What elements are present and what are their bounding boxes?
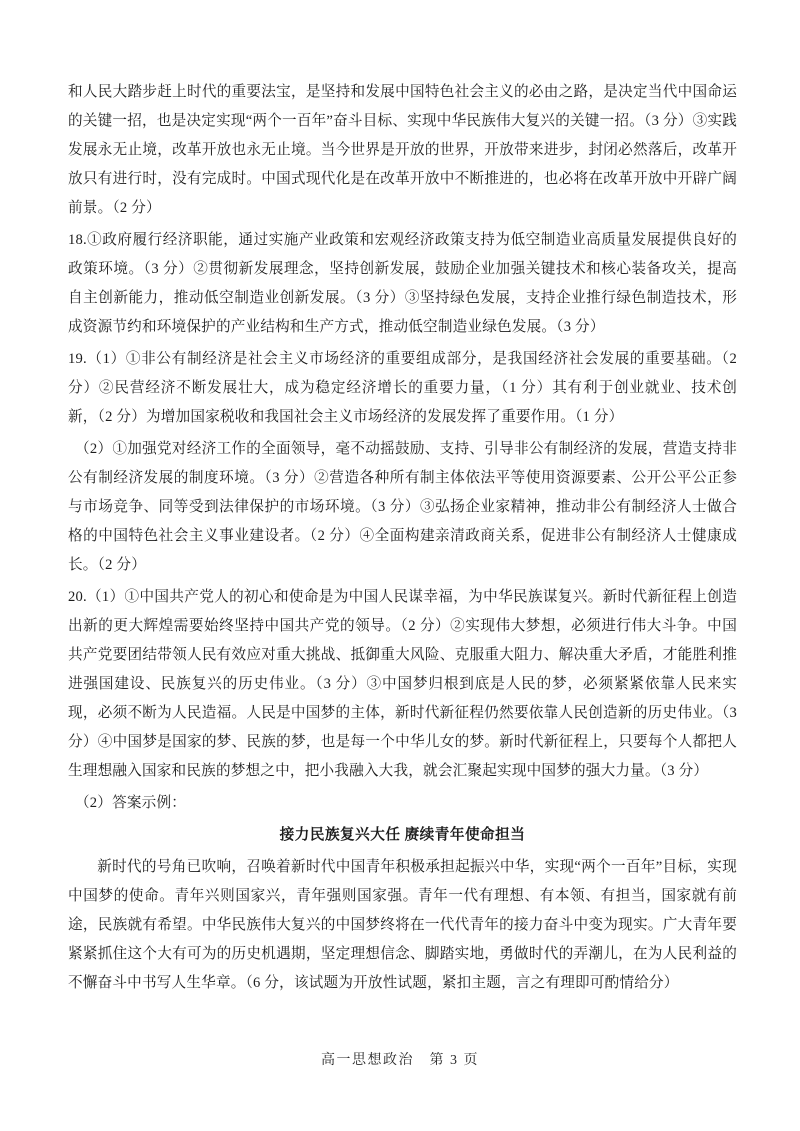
essay-body: 新时代的号角已吹响，召唤着新时代中国青年积极承担起振兴中华，实现“两个一百年”目… [68,853,737,998]
answer-text-block: 和人民大踏步赶上时代的重要法宝，是坚持和发展中国特色社会主义的必由之路，是决定当… [68,78,737,998]
answer-q19-part2: （2）①加强党对经济工作的全面领导，毫不动摇鼓励、支持、引导非公有制经济的发展，… [68,435,737,580]
page-footer: 高一思想政治 第 3 页 [0,1049,800,1069]
answer-q17-continuation: 和人民大踏步赶上时代的重要法宝，是坚持和发展中国特色社会主义的必由之路，是决定当… [68,78,737,223]
answer-example-label: （2）答案示例： [68,789,737,818]
essay-title: 接力民族复兴大任 赓续青年使命担当 [68,821,737,850]
exam-answer-page: 和人民大踏步赶上时代的重要法宝，是坚持和发展中国特色社会主义的必由之路，是决定当… [0,0,800,1131]
answer-q19-part1: 19.（1）①非公有制经济是社会主义市场经济的重要组成部分，是我国经济社会发展的… [68,345,737,432]
answer-q20-part1: 20.（1）①中国共产党人的初心和使命是为中国人民谋幸福，为中华民族谋复兴。新时… [68,583,737,786]
answer-q18: 18.①政府履行经济职能，通过实施产业政策和宏观经济政策支持为低空制造业高质量发… [68,226,737,342]
